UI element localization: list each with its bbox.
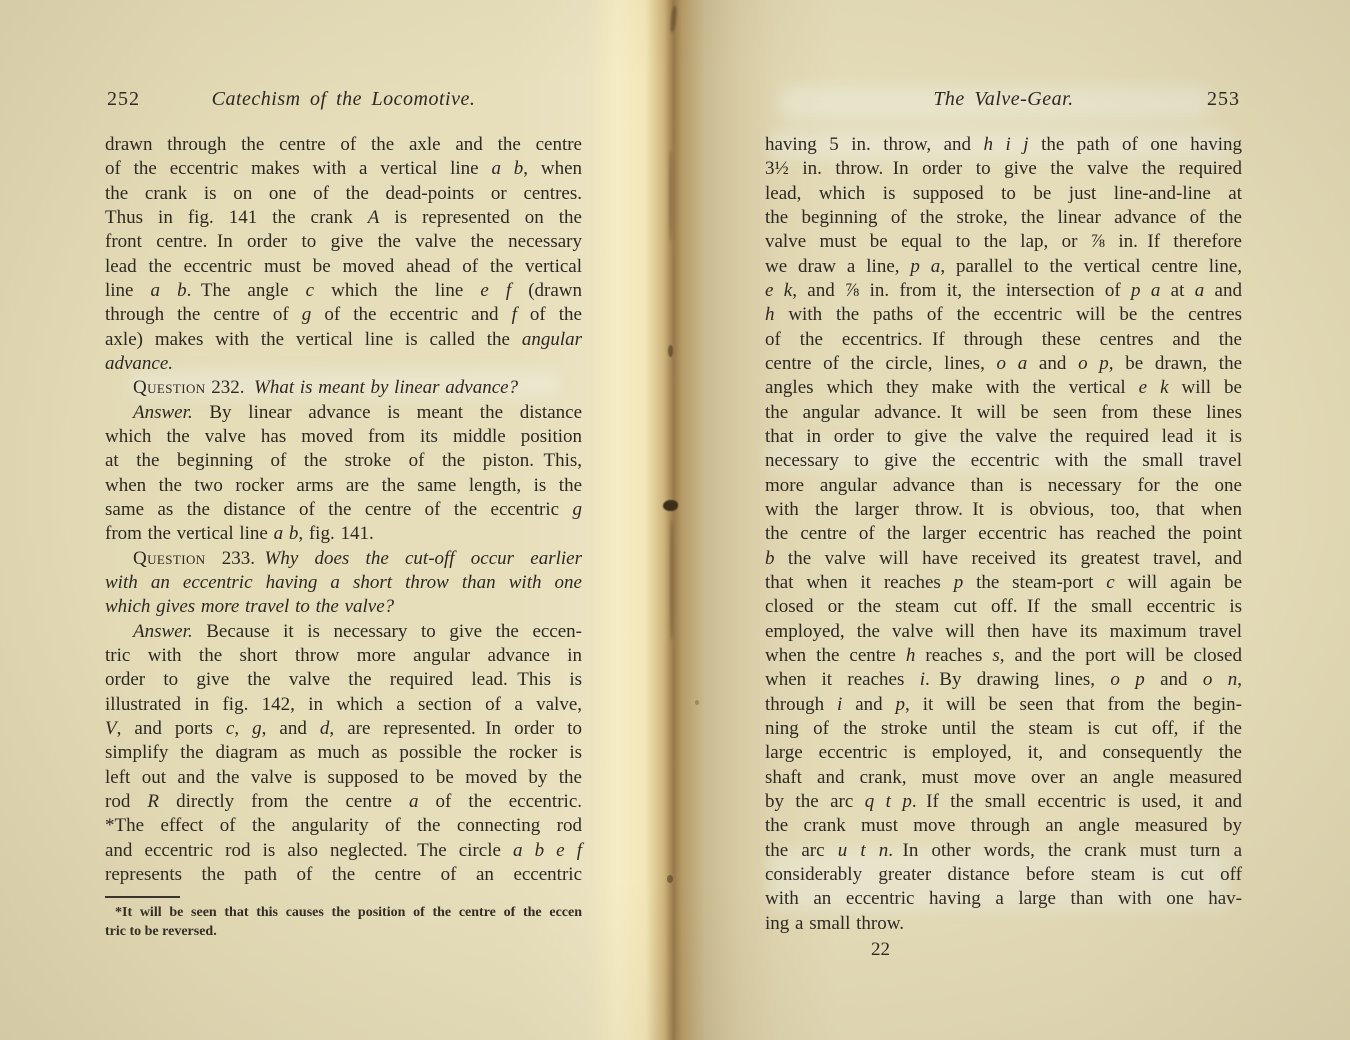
text-segment: , parallel to the vertical centre line, [940,256,1242,277]
text-line: e k, and ⅞ in. from it, the intersection… [765,279,1242,303]
text-segment: . If the small eccentric is used, it and [912,791,1242,812]
text-segment: 233. [206,548,265,569]
text-segment: of the eccentric. [418,791,582,812]
text-segment: with an eccentric having a large than wi… [765,888,1242,909]
text-line: more angular advance than is necessary f… [765,474,1242,498]
right-page-number: 253 [1207,88,1240,111]
text-segment: *The effect of the angularity of the con… [105,815,582,836]
text-line: the crank must move through an angle mea… [765,814,1242,838]
text-segment: same as the distance of the centre of th… [105,499,573,520]
text-segment: (drawn [511,280,582,301]
text-line: of the eccentrics. If through these cent… [765,328,1242,352]
text-segment: , and [262,718,320,739]
text-segment: . By drawing lines, [925,669,1110,690]
text-segment: angular [522,329,582,350]
text-line: 3½ in. throw. In order to give the valve… [765,157,1242,181]
text-line: the crank is on one of the dead-points o… [105,182,582,206]
text-segment: the angular advance. It will be seen fro… [765,402,1242,423]
text-segment: front centre. In order to give the valve… [105,231,582,252]
text-line: considerably greater distance before ste… [765,863,1242,887]
gutter-stain [667,875,673,883]
text-segment: , are represented. In order to [329,718,582,739]
left-running-title: Catechism of the Locomotive. [105,88,582,111]
text-segment: more angular advance than is necessary f… [765,475,1242,496]
text-segment: at the beginning of the stroke of the pi… [105,450,582,471]
text-segment: . In other words, the crank must turn a [888,840,1242,861]
text-line: represents the path of the centre of an … [105,863,582,887]
text-line: *It will be seen that this causes the po… [105,903,582,922]
text-segment: valve must be equal to the lap, or ⅞ in.… [765,231,1242,252]
text-line: we draw a line, p a, parallel to the ver… [765,255,1242,279]
text-segment: o p [1110,669,1144,690]
text-segment: at [1160,280,1194,301]
text-segment: 3½ in. throw. In order to give the valve… [765,158,1242,179]
text-segment: of the eccentric and [311,304,511,325]
left-page: 252 Catechism of the Locomotive. drawn t… [105,88,582,941]
text-segment: , be drawn, the [1109,353,1242,374]
text-segment: reaches [915,645,992,666]
text-line: that when it reaches p the steam-port c … [765,571,1242,595]
text-segment: g [252,718,262,739]
text-segment: of the eccentrics. If through these cent… [765,329,1242,350]
text-segment: *It will be seen that this causes the po… [115,905,582,920]
text-line: front centre. In order to give the valve… [105,230,582,254]
text-line: with an eccentric having a large than wi… [765,887,1242,911]
text-line: ning of the stroke until the steam is cu… [765,717,1242,741]
text-line: lead the eccentric must be moved ahead o… [105,255,582,279]
text-segment: q t p [865,791,912,812]
signature-mark: 22 [765,939,1242,961]
text-line: illustrated in fig. 142, in which a sect… [105,693,582,717]
text-segment: c [1106,572,1114,593]
right-page-text: having 5 in. throw, and h i j the path o… [765,133,1242,936]
text-line: with the larger throw. It is obvious, to… [765,498,1242,522]
text-line: the beginning of the stroke, the linear … [765,206,1242,230]
text-segment: , fig. 141. [298,523,373,544]
text-line: ing a small throw. [765,912,1242,936]
text-line: order to give the valve the required lea… [105,668,582,692]
text-segment: b [765,548,775,569]
text-segment: , and ⅞ in. from it, the intersection of [792,280,1131,301]
text-segment: , it will be seen that from the begin- [905,694,1242,715]
text-line: which gives more travel to the valve? [105,595,582,619]
text-line: large eccentric is employed, it, and con… [765,741,1242,765]
text-segment: when the centre [765,645,906,666]
text-segment: when the two rocker arms are the same le… [105,475,582,496]
text-segment: through [765,694,837,715]
text-line: through i and p, it will be seen that fr… [765,693,1242,717]
right-page: The Valve-Gear. 253 having 5 in. throw, … [765,88,1242,961]
text-line: with an eccentric having a short throw t… [105,571,582,595]
text-line: lead, which is supposed to be just line-… [765,182,1242,206]
text-segment: the crank is on one of the dead-points o… [105,183,582,204]
text-line: when it reaches i. By drawing lines, o p… [765,668,1242,692]
text-line: rod R directly from the centre a of the … [105,790,582,814]
text-segment: shaft and crank, must move over an angle… [765,767,1242,788]
text-line: when the two rocker arms are the same le… [105,474,582,498]
text-line: the arc u t n. In other words, the crank… [765,839,1242,863]
text-segment: p [896,694,906,715]
text-segment: Answer. [133,621,193,642]
text-segment: e k [765,280,792,301]
text-segment: a b [151,280,187,301]
left-running-head: 252 Catechism of the Locomotive. [105,88,582,114]
text-segment: g [573,499,583,520]
gutter-stain [670,520,673,640]
text-line: Answer. By linear advance is meant the d… [105,401,582,425]
text-line: Thus in fig. 141 the crank A is represen… [105,206,582,230]
text-segment: the valve will have received its greates… [775,548,1243,569]
text-line: when the centre h reaches s, and the por… [765,644,1242,668]
text-line: angles which they make with the vertical… [765,376,1242,400]
text-segment: o a [997,353,1028,374]
text-line: simplify the diagram as much as possible… [105,741,582,765]
text-segment: ing a small throw. [765,913,904,934]
text-line: h with the paths of the eccentric will b… [765,303,1242,327]
text-segment: V [105,718,117,739]
text-segment: of the eccentric makes with a vertical l… [105,158,491,179]
text-segment: with the larger throw. It is obvious, to… [765,499,1242,520]
text-segment: illustrated in fig. 142, in which a sect… [105,694,582,715]
text-line: axle) makes with the vertical line is ca… [105,328,582,352]
text-line: centre of the circle, lines, o a and o p… [765,352,1242,376]
text-segment: , when [523,158,582,179]
text-segment: necessary to give the eccentric with the… [765,450,1242,471]
text-segment: h [906,645,916,666]
text-segment: simplify the diagram as much as possible… [105,742,582,763]
text-line: the centre of the larger eccentric has r… [765,522,1242,546]
text-line: Question 233. Why does the cut-off occur… [105,547,582,571]
text-segment: and [842,694,895,715]
text-line: line a b. The angle c which the line e f… [105,279,582,303]
gutter-stain [668,345,673,357]
text-segment: a b [274,523,299,544]
text-segment: centre of the circle, lines, [765,353,997,374]
right-running-title: The Valve-Gear. [765,88,1242,111]
text-segment: axle) makes with the vertical line is ca… [105,329,522,350]
text-segment: tric with the short throw more angular a… [105,645,582,666]
text-segment: with an eccentric having a short throw t… [105,572,582,593]
text-segment: and [1027,353,1078,374]
text-segment: the beginning of the stroke, the linear … [765,207,1242,228]
text-segment: c [306,280,314,301]
text-line: Question 232. What is meant by linear ad… [105,376,582,400]
text-segment: p a [910,256,940,277]
text-segment: h i j [984,134,1029,155]
text-segment: of the [517,304,582,325]
text-line: tric with the short throw more angular a… [105,644,582,668]
text-segment: lead the eccentric must be moved ahead o… [105,256,582,277]
text-segment: Question [133,548,206,569]
left-page-text: drawn through the centre of the axle and… [105,133,582,887]
text-line: drawn through the centre of the axle and… [105,133,582,157]
text-segment: h [765,304,775,325]
text-line: having 5 in. throw, and h i j the path o… [765,133,1242,157]
text-segment: Answer. [133,402,193,423]
text-line: closed or the steam cut off. If the smal… [765,595,1242,619]
text-line: advance. [105,352,582,376]
text-line: *The effect of the angularity of the con… [105,814,582,838]
text-segment: 232. [206,377,255,398]
text-segment: directly from the centre [159,791,409,812]
text-segment: d [320,718,330,739]
text-segment: advance. [105,353,173,374]
text-segment: from the vertical line [105,523,274,544]
text-segment: left out and the valve is supposed to be… [105,767,582,788]
text-line: and eccentric rod is also neglected. The… [105,839,582,863]
text-segment: the arc [765,840,838,861]
text-line: that in order to give the valve the requ… [765,425,1242,449]
text-segment: large eccentric is employed, it, and con… [765,742,1242,763]
text-segment: by the arc [765,791,865,812]
text-segment: when it reaches [765,669,920,690]
gutter-stain [663,500,678,511]
text-segment: which the line [314,280,480,301]
text-segment: Thus in fig. 141 the crank [105,207,368,228]
text-segment: R [147,791,159,812]
text-segment: ning of the stroke until the steam is cu… [765,718,1242,739]
text-segment: tric to be reversed. [105,924,217,939]
text-segment: and [1204,280,1242,301]
text-segment: g [302,304,312,325]
text-segment: is represented on the [379,207,582,228]
text-line: valve must be equal to the lap, or ⅞ in.… [765,230,1242,254]
text-segment: rod [105,791,147,812]
text-segment: a b [491,158,523,179]
text-segment: angles which they make with the vertical [765,377,1139,398]
text-segment: , and the port will be closed [1000,645,1242,666]
text-segment: Question [133,377,206,398]
text-segment: lead, which is supposed to be just line-… [765,183,1242,204]
text-line: necessary to give the eccentric with the… [765,449,1242,473]
text-segment: drawn through the centre of the axle and… [105,134,582,155]
text-segment: and eccentric rod is also neglected. The… [105,840,513,861]
text-segment: that when it reaches [765,572,954,593]
text-line: at the beginning of the stroke of the pi… [105,449,582,473]
text-segment: p a [1131,280,1160,301]
text-segment: u t n [838,840,889,861]
text-segment: o n [1203,669,1237,690]
text-segment: e f [480,280,511,301]
text-line: through the centre of g of the eccentric… [105,303,582,327]
text-line: b the valve will have received its great… [765,547,1242,571]
text-line: from the vertical line a b, fig. 141. [105,522,582,546]
text-segment: o p [1078,353,1109,374]
text-segment: will again be [1115,572,1242,593]
gutter-stain [669,150,672,240]
text-segment: A [368,207,380,228]
text-segment: . The angle [187,280,306,301]
text-line: V, and ports c, g, and d, are represente… [105,717,582,741]
text-line: shaft and crank, must move over an angle… [765,766,1242,790]
text-line: left out and the valve is supposed to be… [105,766,582,790]
text-segment: with the paths of the eccentric will be … [775,304,1243,325]
text-segment: which gives more travel to the valve? [105,596,394,617]
left-page-number: 252 [107,88,140,111]
text-line: Answer. Because it is necessary to give … [105,620,582,644]
text-line: tric to be reversed. [105,922,582,941]
text-segment: , [1237,669,1242,690]
text-segment: we draw a line, [765,256,910,277]
text-segment: By linear advance is meant the distance [193,402,582,423]
text-segment: a b e f [513,840,582,861]
text-line: which the valve has moved from its middl… [105,425,582,449]
text-segment: p [954,572,964,593]
text-segment: having 5 in. throw, and [765,134,984,155]
text-segment: the steam-port [963,572,1106,593]
text-segment: the centre of the larger eccentric has r… [765,523,1242,544]
text-segment: closed or the steam cut off. If the smal… [765,596,1242,617]
text-segment: order to give the valve the required lea… [105,669,582,690]
text-segment: , and ports [117,718,226,739]
text-segment: that in order to give the valve the requ… [765,426,1242,447]
text-line: employed, the valve will then have its m… [765,620,1242,644]
text-line: by the arc q t p. If the small eccentric… [765,790,1242,814]
text-segment: through the centre of [105,304,302,325]
text-segment: the path of one having [1029,134,1242,155]
text-segment: What is meant by linear advance? [254,377,518,398]
text-segment: represents the path of the centre of an … [105,864,582,885]
right-running-head: The Valve-Gear. 253 [765,88,1242,114]
text-line: the angular advance. It will be seen fro… [765,401,1242,425]
text-line: same as the distance of the centre of th… [105,498,582,522]
text-segment: Why does the cut-off occur earlier [265,548,583,569]
text-segment: e k [1139,377,1169,398]
text-segment: which the valve has moved from its middl… [105,426,582,447]
gutter-stain [695,700,699,705]
text-segment: considerably greater distance before ste… [765,864,1242,885]
text-segment: Because it is necessary to give the ecce… [193,621,582,642]
text-line: of the eccentric makes with a vertical l… [105,157,582,181]
text-segment: s [992,645,999,666]
text-segment: a [1195,280,1205,301]
book-spread: 252 Catechism of the Locomotive. drawn t… [0,0,1350,1040]
text-segment: the crank must move through an angle mea… [765,815,1242,836]
text-segment: employed, the valve will then have its m… [765,621,1242,642]
footnote: *It will be seen that this causes the po… [105,903,582,941]
text-segment: will be [1169,377,1242,398]
gutter-stain [670,6,678,32]
text-segment: and [1145,669,1203,690]
text-segment: , [234,718,252,739]
footnote-rule [105,896,180,898]
text-segment: line [105,280,151,301]
